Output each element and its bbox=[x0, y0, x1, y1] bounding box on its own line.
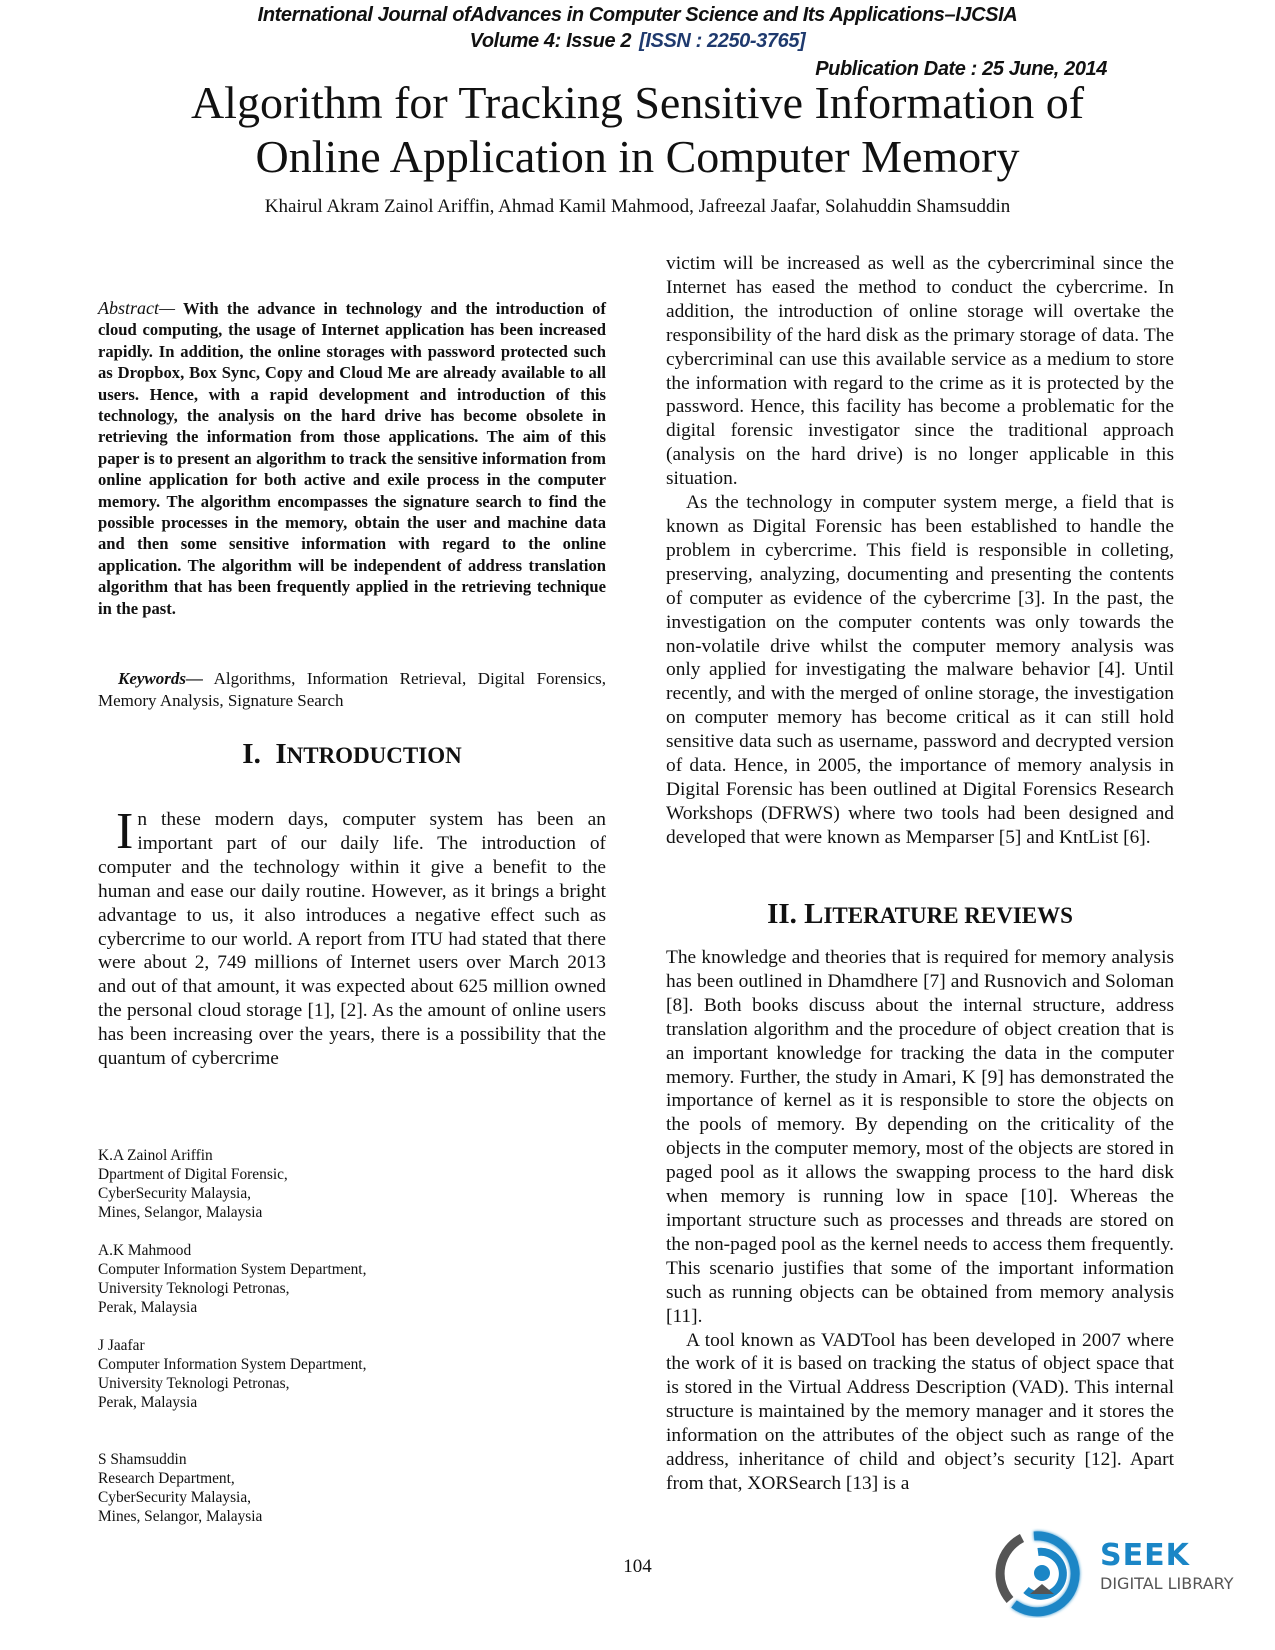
affiliation-line: CyberSecurity Malaysia, bbox=[98, 1488, 262, 1507]
affiliation-line: University Teknologi Petronas, bbox=[98, 1374, 366, 1393]
author-list: Khairul Akram Zainol Ariffin, Ahmad Kami… bbox=[0, 196, 1275, 218]
issn: [ISSN : 2250-3765] bbox=[639, 30, 805, 52]
section-initial: L bbox=[804, 898, 823, 930]
paragraph: victim will be increased as well as the … bbox=[666, 252, 1174, 491]
paragraph: A tool known as VADTool has been develop… bbox=[666, 1329, 1174, 1496]
affiliation-block: S Shamsuddin Research Department, CyberS… bbox=[98, 1450, 262, 1526]
section-numeral: II. bbox=[767, 898, 797, 930]
affiliation-block: A.K Mahmood Computer Information System … bbox=[98, 1241, 366, 1317]
seek-digital-library-logo: SEEK DIGITAL LIBRARY bbox=[992, 1528, 1252, 1618]
section-heading-introduction: I. INTRODUCTION bbox=[98, 738, 606, 771]
paragraph: As the technology in computer system mer… bbox=[666, 491, 1174, 850]
paper-title-line-2: Online Application in Computer Memory bbox=[0, 130, 1275, 184]
abstract-text: With the advance in technology and the i… bbox=[98, 299, 606, 618]
section-numeral: I. bbox=[242, 738, 261, 770]
right-column-intro-continued: victim will be increased as well as the … bbox=[666, 252, 1174, 850]
keywords-label: Keywords— bbox=[118, 669, 203, 688]
seek-logo-icon bbox=[992, 1528, 1092, 1618]
journal-name: International Journal ofAdvances in Comp… bbox=[0, 4, 1275, 27]
volume-issue: Volume 4: Issue 2 bbox=[470, 30, 631, 52]
logo-brand: SEEK bbox=[1100, 1538, 1190, 1573]
affiliation-name: K.A Zainol Ariffin bbox=[98, 1146, 288, 1165]
drop-cap: I bbox=[116, 810, 133, 854]
affiliation-name: A.K Mahmood bbox=[98, 1241, 366, 1260]
abstract-label: Abstract— bbox=[98, 298, 175, 318]
paper-title-line-1: Algorithm for Tracking Sensitive Informa… bbox=[0, 76, 1275, 130]
section-initial: I bbox=[275, 738, 286, 770]
affiliation-line: Mines, Selangor, Malaysia bbox=[98, 1203, 288, 1222]
logo-subtitle: DIGITAL LIBRARY bbox=[1100, 1574, 1234, 1593]
section-rest: ITERATURE REVIEWS bbox=[823, 903, 1072, 928]
affiliation-line: CyberSecurity Malaysia, bbox=[98, 1184, 288, 1203]
affiliation-line: Computer Information System Department, bbox=[98, 1355, 366, 1374]
paragraph: The knowledge and theories that is requi… bbox=[666, 946, 1174, 1329]
affiliation-line: University Teknologi Petronas, bbox=[98, 1279, 366, 1298]
affiliation-line: Perak, Malaysia bbox=[98, 1393, 366, 1412]
introduction-paragraph: n these modern days, computer system has… bbox=[98, 809, 606, 1069]
affiliation-block: J Jaafar Computer Information System Dep… bbox=[98, 1336, 366, 1412]
affiliation-line: Mines, Selangor, Malaysia bbox=[98, 1507, 262, 1526]
paper-title: Algorithm for Tracking Sensitive Informa… bbox=[0, 76, 1275, 184]
section-rest: NTRODUCTION bbox=[287, 743, 462, 768]
introduction-body: In these modern days, computer system ha… bbox=[98, 808, 606, 1071]
abstract: Abstract— With the advance in technology… bbox=[98, 298, 606, 619]
affiliation-line: Computer Information System Department, bbox=[98, 1260, 366, 1279]
affiliation-name: J Jaafar bbox=[98, 1336, 366, 1355]
literature-review-body: The knowledge and theories that is requi… bbox=[666, 946, 1174, 1496]
affiliation-name: S Shamsuddin bbox=[98, 1450, 262, 1469]
affiliation-line: Research Department, bbox=[98, 1469, 262, 1488]
volume-line: Volume 4: Issue 2[ISSN : 2250-3765] bbox=[0, 30, 1275, 53]
affiliation-block: K.A Zainol Ariffin Dpartment of Digital … bbox=[98, 1146, 288, 1222]
keywords: Keywords— Algorithms, Information Retrie… bbox=[98, 668, 606, 712]
affiliation-line: Dpartment of Digital Forensic, bbox=[98, 1165, 288, 1184]
affiliation-line: Perak, Malaysia bbox=[98, 1298, 366, 1317]
section-heading-literature-reviews: II. LITERATURE REVIEWS bbox=[666, 898, 1174, 931]
